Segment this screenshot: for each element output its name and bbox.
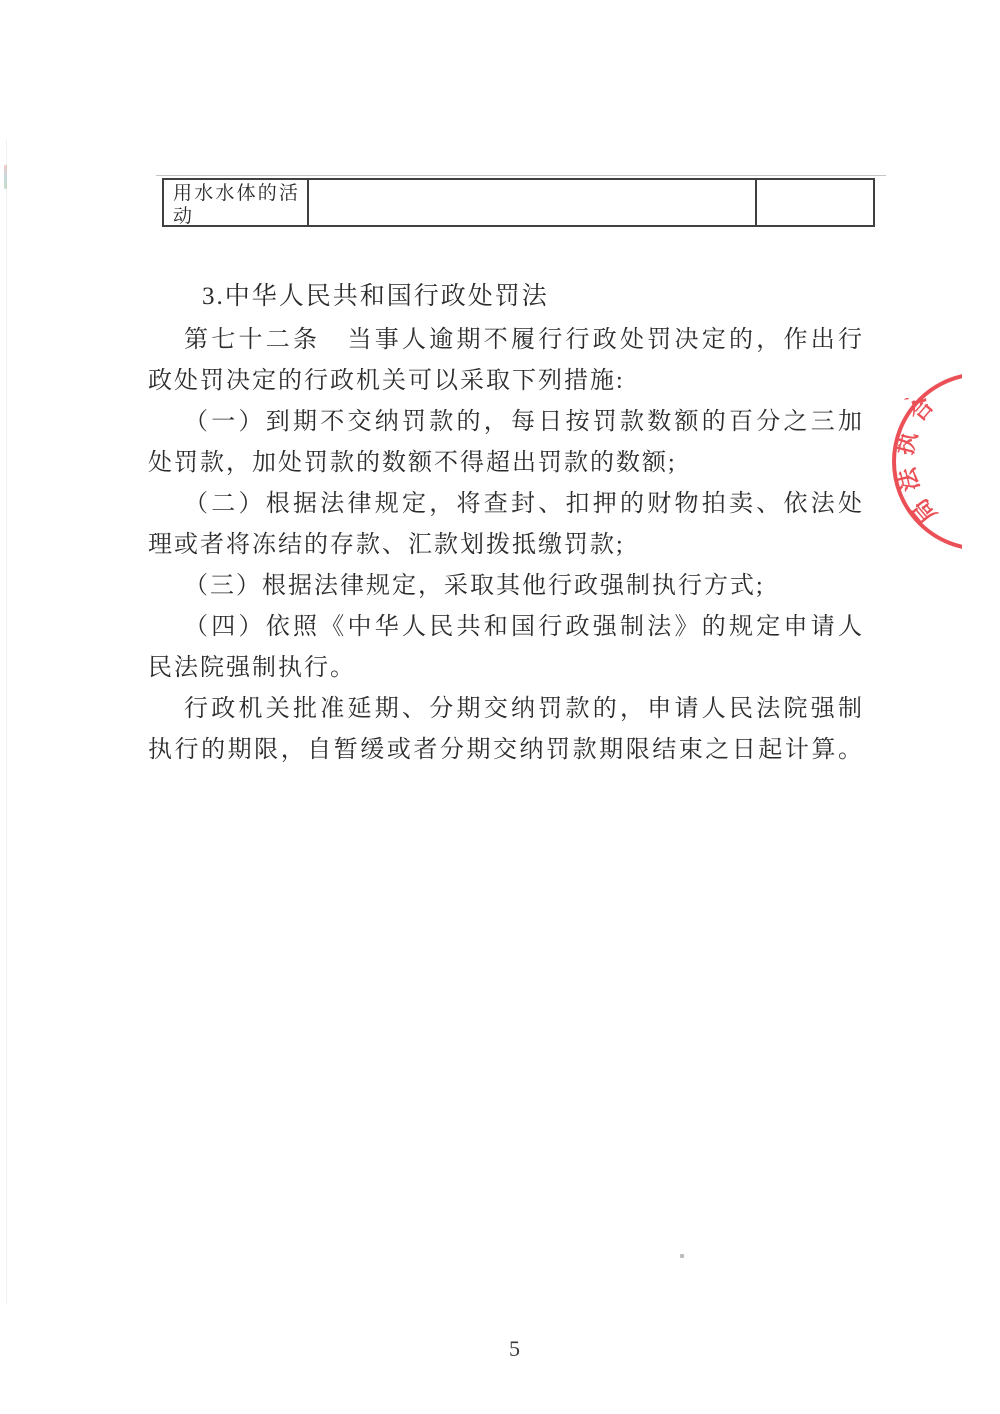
text-line: 处罚款，加处罚款的数额不得超出罚款的数额; (148, 443, 862, 484)
text-line: 执行的期限，自暂缓或者分期交纳罚款期限结束之日起计算。 (148, 730, 862, 771)
seal-ink-speck: 、 (895, 389, 903, 397)
text-line: （二）根据法律规定，将查封、扣押的财物拍卖、依法处 (148, 484, 862, 525)
official-seal: 、 合 执 法 局 (886, 362, 962, 558)
table-cell-empty-middle (309, 180, 757, 225)
text-line: 政处罚决定的行政机关可以采取下列措施: (148, 361, 862, 402)
section-heading: 3.中华人民共和国行政处罚法 (148, 274, 862, 320)
text-line: 理或者将冻结的存款、汇款划拨抵缴罚款; (148, 525, 862, 566)
scan-artifact-speck (680, 1254, 684, 1258)
scan-artifact-edge-line (6, 140, 7, 1305)
table-cell-label-text: 用水水体的活动 (173, 183, 298, 227)
table-scan-shadow-line (156, 175, 886, 176)
page-number: 5 (30, 1336, 1000, 1362)
water-activity-table: 用水水体的活动 (162, 178, 875, 227)
text-line: 行政机关批准延期、分期交纳罚款的，申请人民法院强制 (148, 689, 862, 730)
table-cell-label: 用水水体的活动 (164, 180, 309, 225)
document-page: 用水水体的活动 3.中华人民共和国行政处罚法 第七十二条 当事人逾期不履行行政处… (0, 0, 1000, 1414)
text-line: （三）根据法律规定，采取其他行政强制执行方式; (148, 566, 862, 607)
text-line: 民法院强制执行。 (148, 648, 862, 689)
text-line: （四）依照《中华人民共和国行政强制法》的规定申请人 (148, 607, 862, 648)
text-line: （一）到期不交纳罚款的，每日按罚款数额的百分之三加 (148, 402, 862, 443)
body-text: 3.中华人民共和国行政处罚法 第七十二条 当事人逾期不履行行政处罚决定的，作出行… (148, 274, 862, 771)
table-cell-empty-right (757, 180, 873, 225)
scan-artifact-color-dash (4, 165, 7, 189)
text-line: 第七十二条 当事人逾期不履行行政处罚决定的，作出行 (148, 320, 862, 361)
